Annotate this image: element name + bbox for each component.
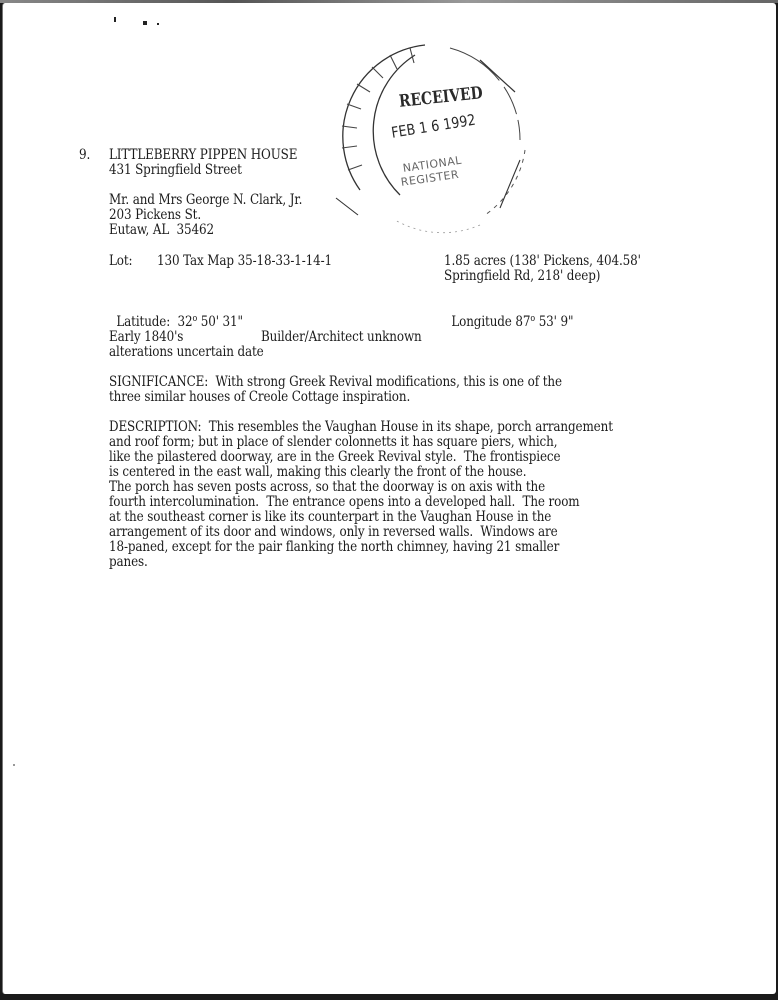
scan-speck (13, 764, 15, 766)
description-line: 18-paned, except for the pair flanking t… (109, 540, 559, 556)
builder-architect: Builder/Architect unknown (261, 330, 422, 346)
scan-speck (114, 17, 116, 22)
item-number: 9. (79, 148, 90, 164)
lot-value: 130 Tax Map 35-18-33-1-14-1 (157, 254, 332, 270)
alterations: alterations uncertain date (109, 345, 264, 361)
lot-label: Lot: (109, 254, 132, 270)
longitude-minutes-seconds: 53' 9" (535, 314, 573, 330)
scan-speck (143, 21, 147, 25)
latitude-minutes-seconds: 50' 31" (197, 314, 243, 330)
latitude-label: Latitude: (116, 314, 170, 330)
latitude-degrees: 32 (177, 314, 192, 330)
stamp-circle-icon (330, 40, 530, 235)
acreage-line2: Springfield Rd, 218' deep) (444, 269, 600, 285)
longitude-degrees: 87 (515, 314, 530, 330)
description-line: panes. (109, 555, 148, 571)
owner-city: Eutaw, AL 35462 (109, 223, 214, 239)
scan-speck (157, 23, 159, 25)
received-stamp: RECEIVED FEB 1 6 1992 NATIONAL REGISTER (330, 40, 530, 235)
longitude: Longitude 87o 53' 9" (444, 299, 573, 330)
longitude-label: Longitude (451, 314, 511, 330)
property-address: 431 Springfield Street (109, 163, 242, 179)
latitude: Latitude: 32o 50' 31" (109, 299, 243, 330)
significance-line: three similar houses of Creole Cottage i… (109, 390, 410, 406)
